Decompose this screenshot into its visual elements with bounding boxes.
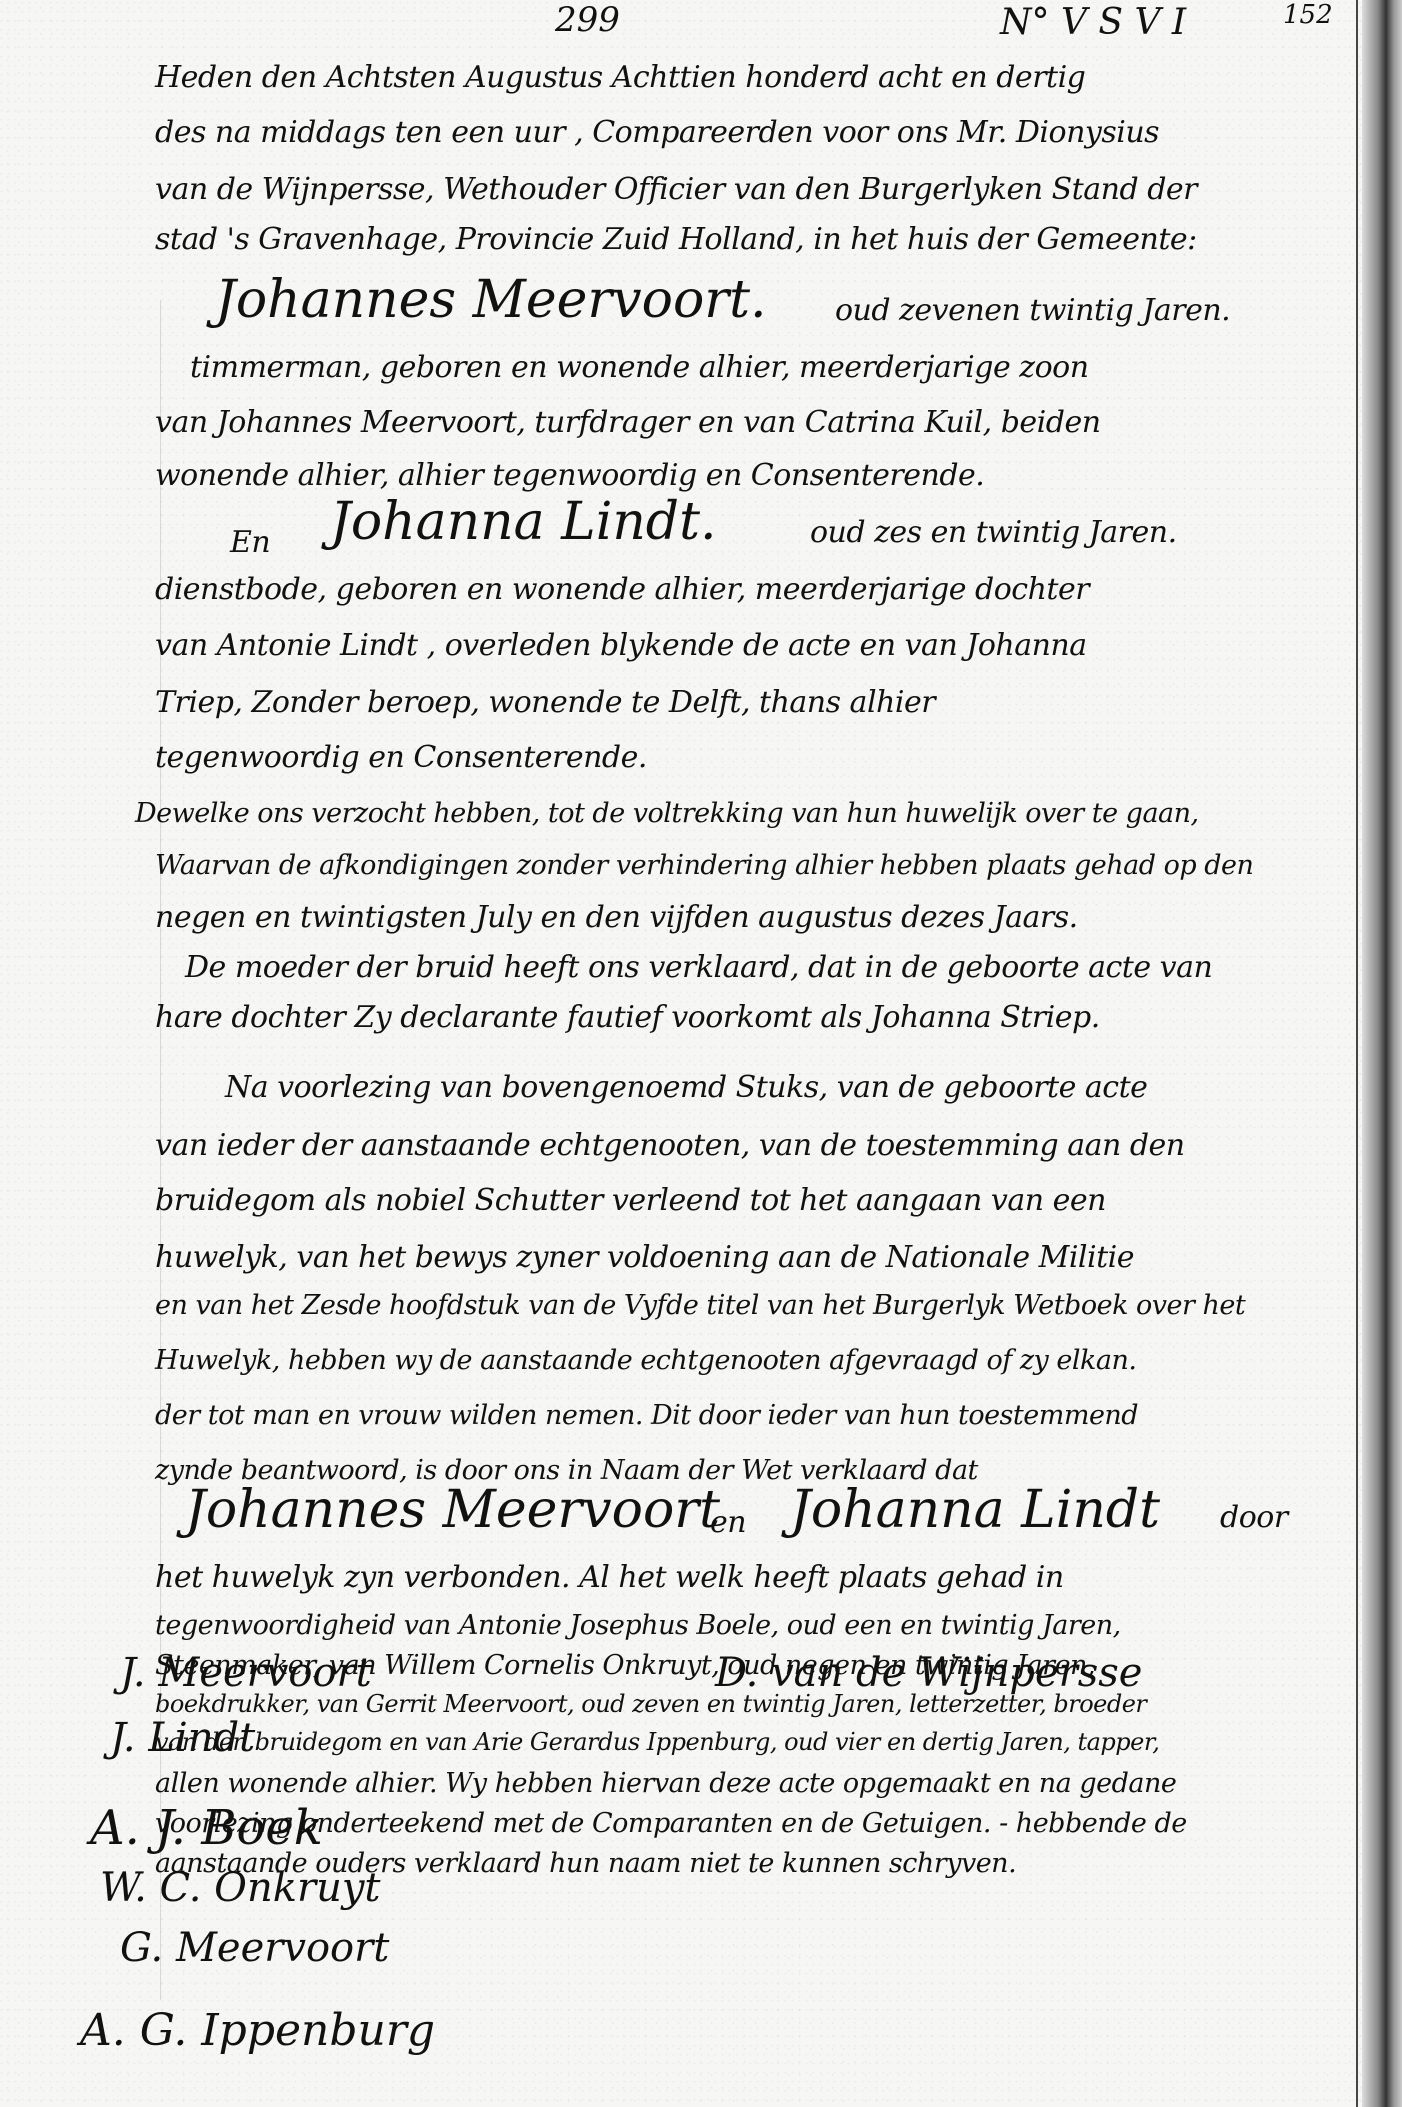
record-line: bruidegom als nobiel Schutter verleend t… (155, 1183, 1106, 1218)
folio-number: 299 (555, 0, 620, 40)
record-line: oud zes en twintig Jaren. (810, 515, 1177, 550)
record-line: Na voorlezing van bovengenoemd Stuks, va… (225, 1070, 1147, 1105)
record-line: van ieder der aanstaande echtgenooten, v… (155, 1128, 1185, 1163)
record-line: Waarvan de afkondigingen zonder verhinde… (155, 850, 1253, 881)
record-line: Dewelke ons verzocht hebben, tot de volt… (135, 798, 1199, 829)
record-line: Triep, Zonder beroep, wonende te Delft, … (155, 685, 935, 720)
record-line: wonende alhier, alhier tegenwoordig en C… (155, 458, 984, 493)
bride-name-declaration: Johanna Lindt (790, 1480, 1160, 1540)
signature: J. Lindt (110, 1715, 255, 1761)
record-line: Heden den Achtsten Augustus Achttien hon… (155, 60, 1085, 95)
register-mark: N° V S V I (1000, 2, 1186, 43)
record-line: van de Wijnpersse, Wethouder Officier va… (155, 172, 1197, 207)
record-line: hare dochter Zy declarante fautief voork… (155, 1000, 1100, 1035)
record-line: dienstbode, geboren en wonende alhier, m… (155, 572, 1089, 607)
record-line: van den bruidegom en van Arie Gerardus I… (155, 1728, 1159, 1756)
signature: G. Meervoort (120, 1925, 389, 1971)
record-line: stad 's Gravenhage, Provincie Zuid Holla… (155, 222, 1197, 257)
book-binding-edge (1362, 0, 1402, 2107)
record-line: en van het Zesde hoofdstuk van de Vyfde … (155, 1290, 1245, 1321)
bride-name: Johanna Lindt. (330, 492, 717, 552)
page-edge-line (1356, 0, 1358, 2107)
record-line: En (230, 525, 270, 560)
record-line: huwelyk, van het bewys zyner voldoening … (155, 1240, 1134, 1275)
page-number: 152 (1283, 0, 1333, 30)
record-line: door (1220, 1500, 1288, 1535)
record-line: De moeder der bruid heeft ons verklaard,… (185, 950, 1212, 985)
record-line: en (710, 1505, 746, 1540)
signature: A. J. Boek (90, 1800, 323, 1856)
groom-name: Johannes Meervoort. (215, 270, 767, 330)
record-line: het huwelyk zyn verbonden. Al het welk h… (155, 1560, 1064, 1595)
register-page: 299 N° V S V I 152 Heden den Achtsten Au… (0, 0, 1402, 2107)
record-line: timmerman, geboren en wonende alhier, me… (190, 350, 1089, 385)
record-line: oud zevenen twintig Jaren. (835, 293, 1230, 328)
registrar-signature: D. van de Wijnpersse (715, 1650, 1142, 1696)
groom-name-declaration: Johannes Meervoort (185, 1480, 720, 1540)
record-line: Huwelyk, hebben wy de aanstaande echtgen… (155, 1345, 1136, 1376)
record-line: negen en twintigsten July en den vijfden… (155, 900, 1078, 935)
record-line: des na middags ten een uur , Compareerde… (155, 115, 1159, 150)
signature: A. G. Ippenburg (80, 2005, 435, 2056)
signature: J. Meervoort (120, 1650, 372, 1696)
record-line: der tot man en vrouw wilden nemen. Dit d… (155, 1400, 1138, 1431)
record-line: van Johannes Meervoort, turfdrager en va… (155, 405, 1101, 440)
record-line: allen wonende alhier. Wy hebben hiervan … (155, 1768, 1176, 1799)
record-line: tegenwoordigheid van Antonie Josephus Bo… (155, 1610, 1121, 1641)
record-line: van Antonie Lindt , overleden blykende d… (155, 628, 1087, 663)
signature: W. C. Onkruyt (100, 1865, 381, 1911)
record-line: tegenwoordig en Consenterende. (155, 740, 647, 775)
